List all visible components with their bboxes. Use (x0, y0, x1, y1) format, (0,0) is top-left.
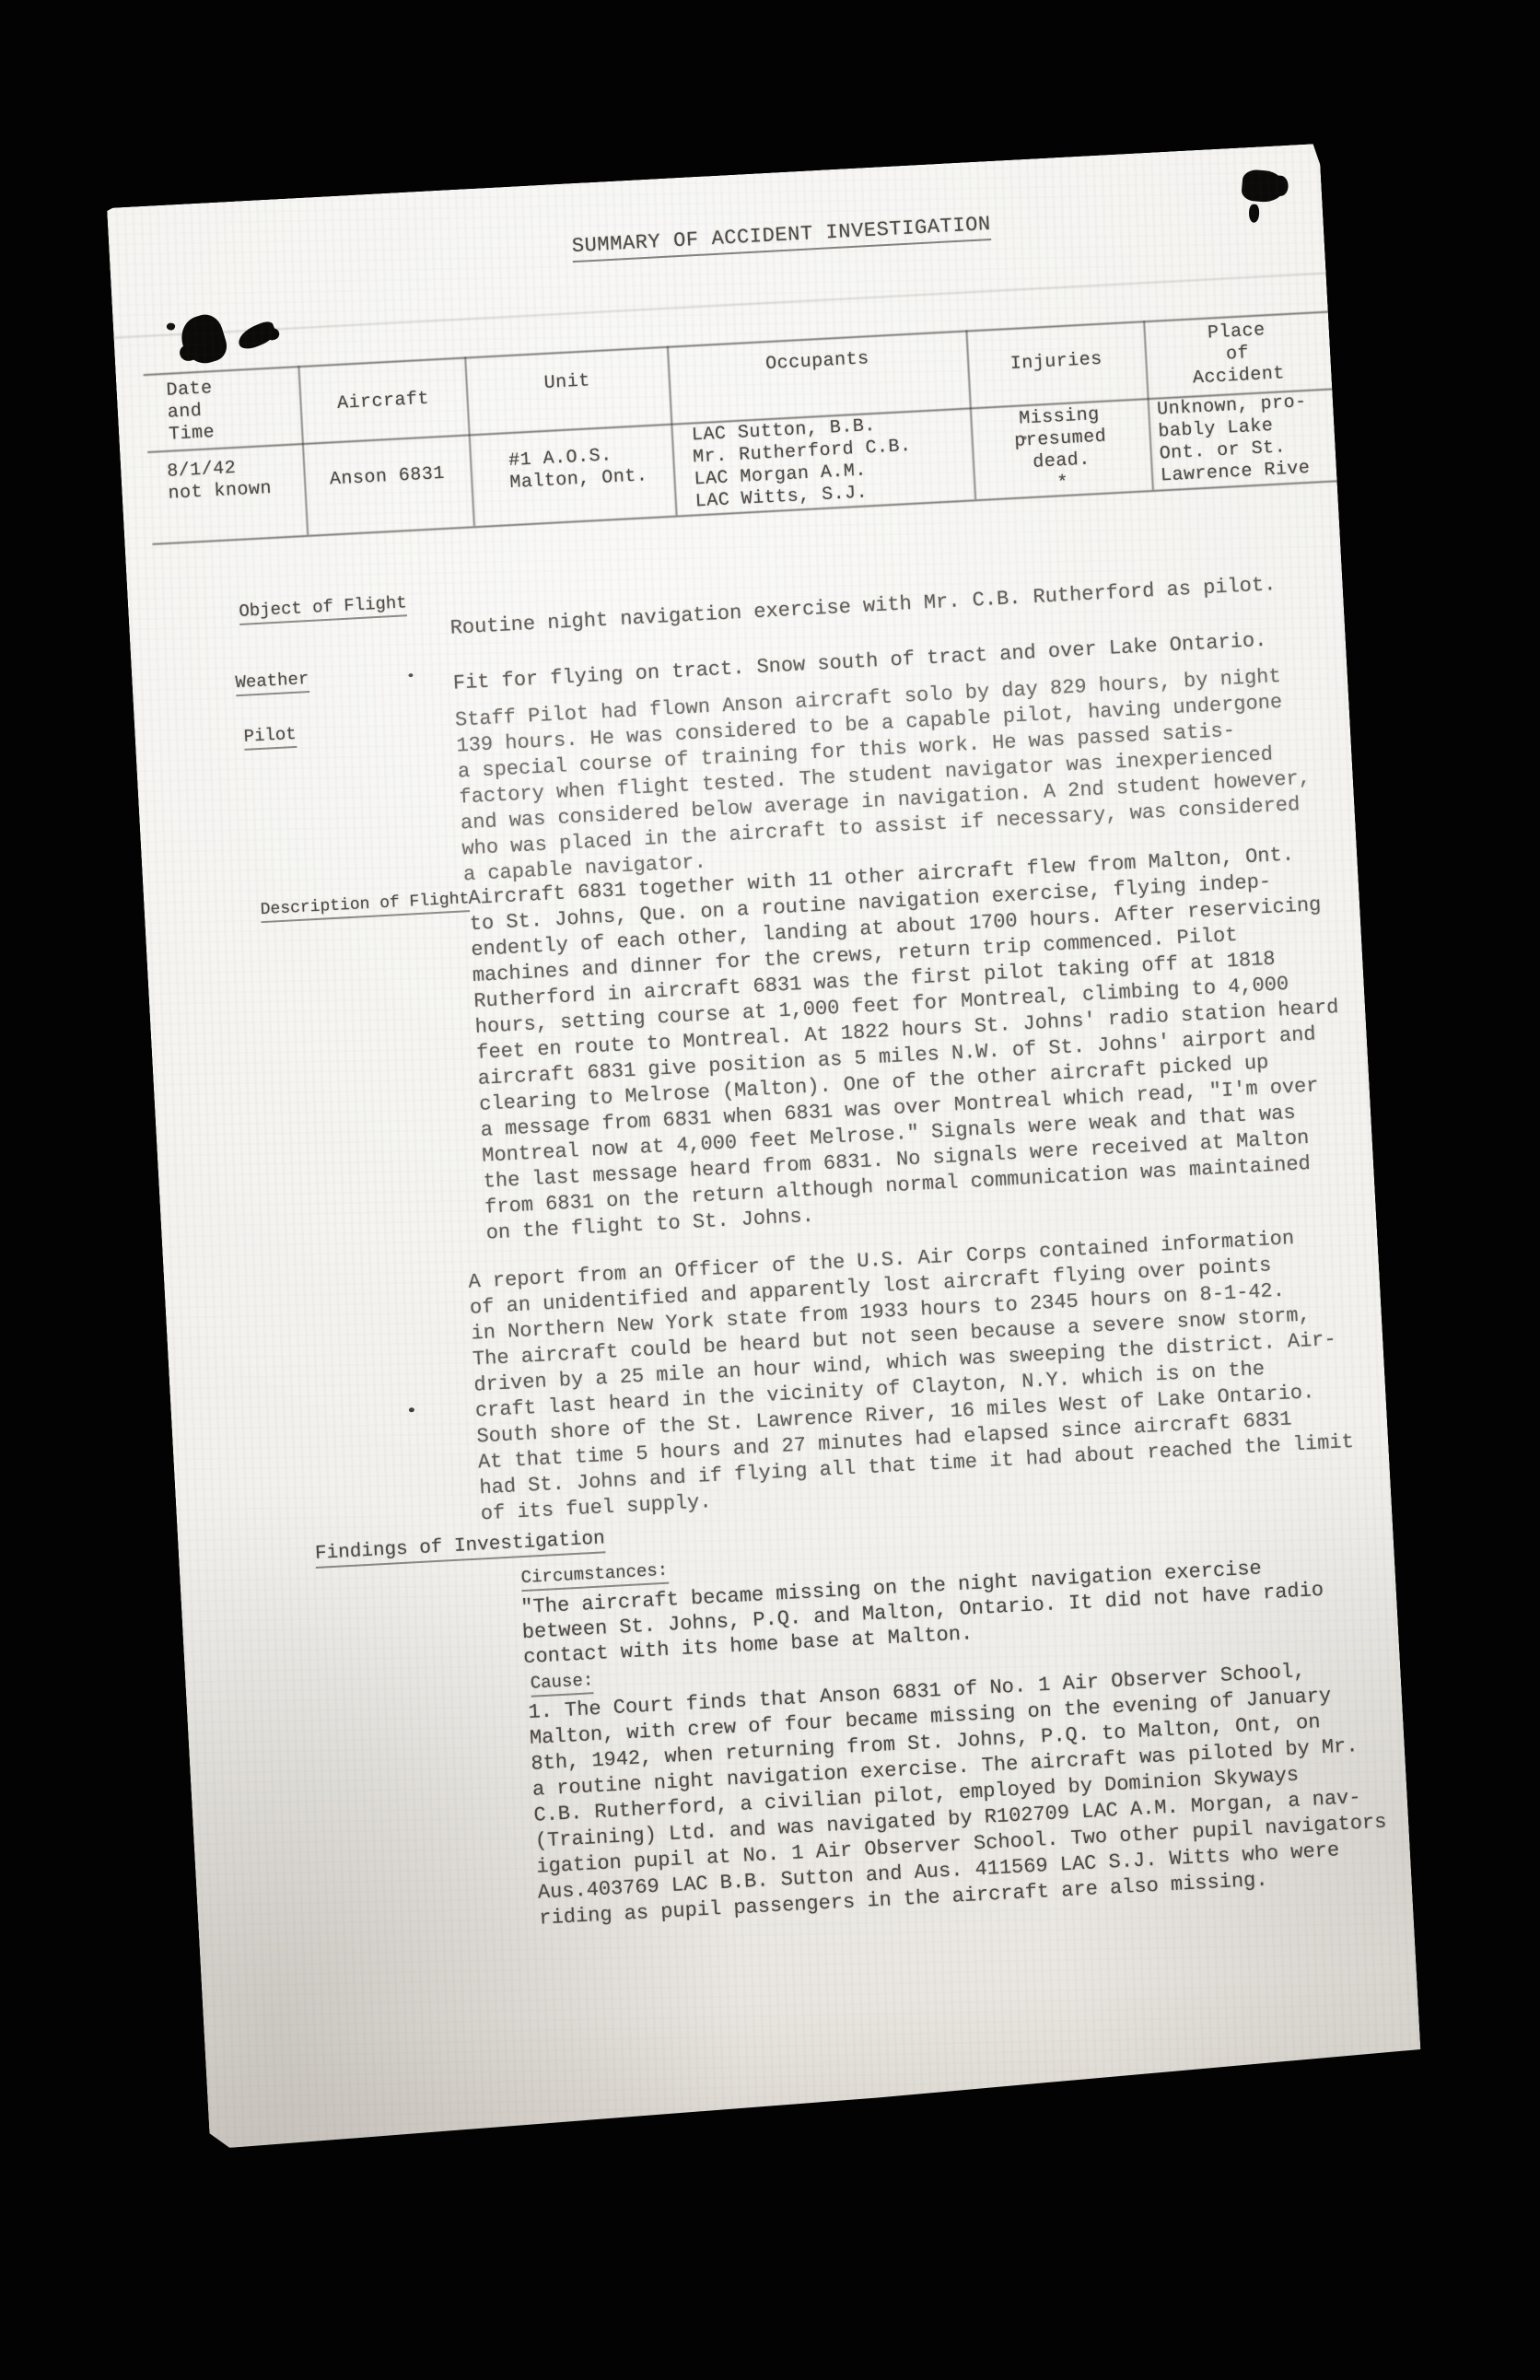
ink-blot (176, 310, 230, 368)
section-label-findings-of-investigation: Findings of Investigation (314, 1528, 605, 1569)
ink-speck (166, 321, 176, 332)
col-header-aircraft: Aircraft (299, 387, 467, 418)
cell-date-time: 8/1/42 not known (167, 454, 303, 506)
ink-blot (1249, 204, 1259, 223)
section-label-object-of-flight: Object of Flight (239, 592, 408, 625)
cell-place-of-accident: Unknown, pro- bably Lake Ont. or St. Law… (1148, 390, 1337, 488)
section-text-object-of-flight: Routine night navigation exercise with M… (449, 572, 1277, 642)
scan-background: { "colors": { "background": "#030303", "… (0, 0, 1540, 2380)
section-text-description-paragraph-1: Aircraft 6831 together with 11 other air… (468, 840, 1349, 1246)
ink-blot (235, 320, 278, 353)
ink-blot (1241, 169, 1286, 204)
cell-occupants: LAC Sutton, B.B. Mr. Rutherford C.B. LAC… (671, 410, 974, 514)
col-header-date-time: Date and Time (166, 373, 298, 446)
table-rule (297, 366, 309, 535)
cell-injuries: Missing presumed dead. * (970, 402, 1152, 499)
accident-summary-table: Date and Time Aircraft Unit Occupants In… (144, 311, 1337, 545)
document-page: SUMMARY OF ACCIDENT INVESTIGATION Date a… (107, 144, 1422, 2149)
section-text-cause: 1. The Court finds that Anson 6831 of No… (528, 1655, 1390, 1932)
col-header-place-of-accident: Place of Accident (1143, 317, 1332, 393)
section-label-description-of-flight: Description of Flight (260, 890, 470, 923)
section-label-weather: Weather (235, 669, 309, 696)
document-title: SUMMARY OF ACCIDENT INVESTIGATION (571, 213, 991, 262)
section-label-cause: Cause: (530, 1670, 594, 1697)
section-label-circumstances: Circumstances: (520, 1560, 669, 1592)
ink-speck (408, 673, 413, 677)
section-label-pilot: Pilot (243, 724, 297, 751)
cell-unit: #1 A.O.S. Malton, Ont. (470, 442, 674, 497)
col-header-injuries: Injuries (967, 346, 1146, 378)
col-header-occupants: Occupants (668, 344, 968, 381)
col-header-unit: Unit (465, 367, 669, 400)
section-text-description-paragraph-2: A report from an Officer of the U.S. Air… (468, 1223, 1356, 1527)
ink-speck (409, 1407, 414, 1412)
cell-aircraft: Anson 6831 (303, 461, 471, 493)
